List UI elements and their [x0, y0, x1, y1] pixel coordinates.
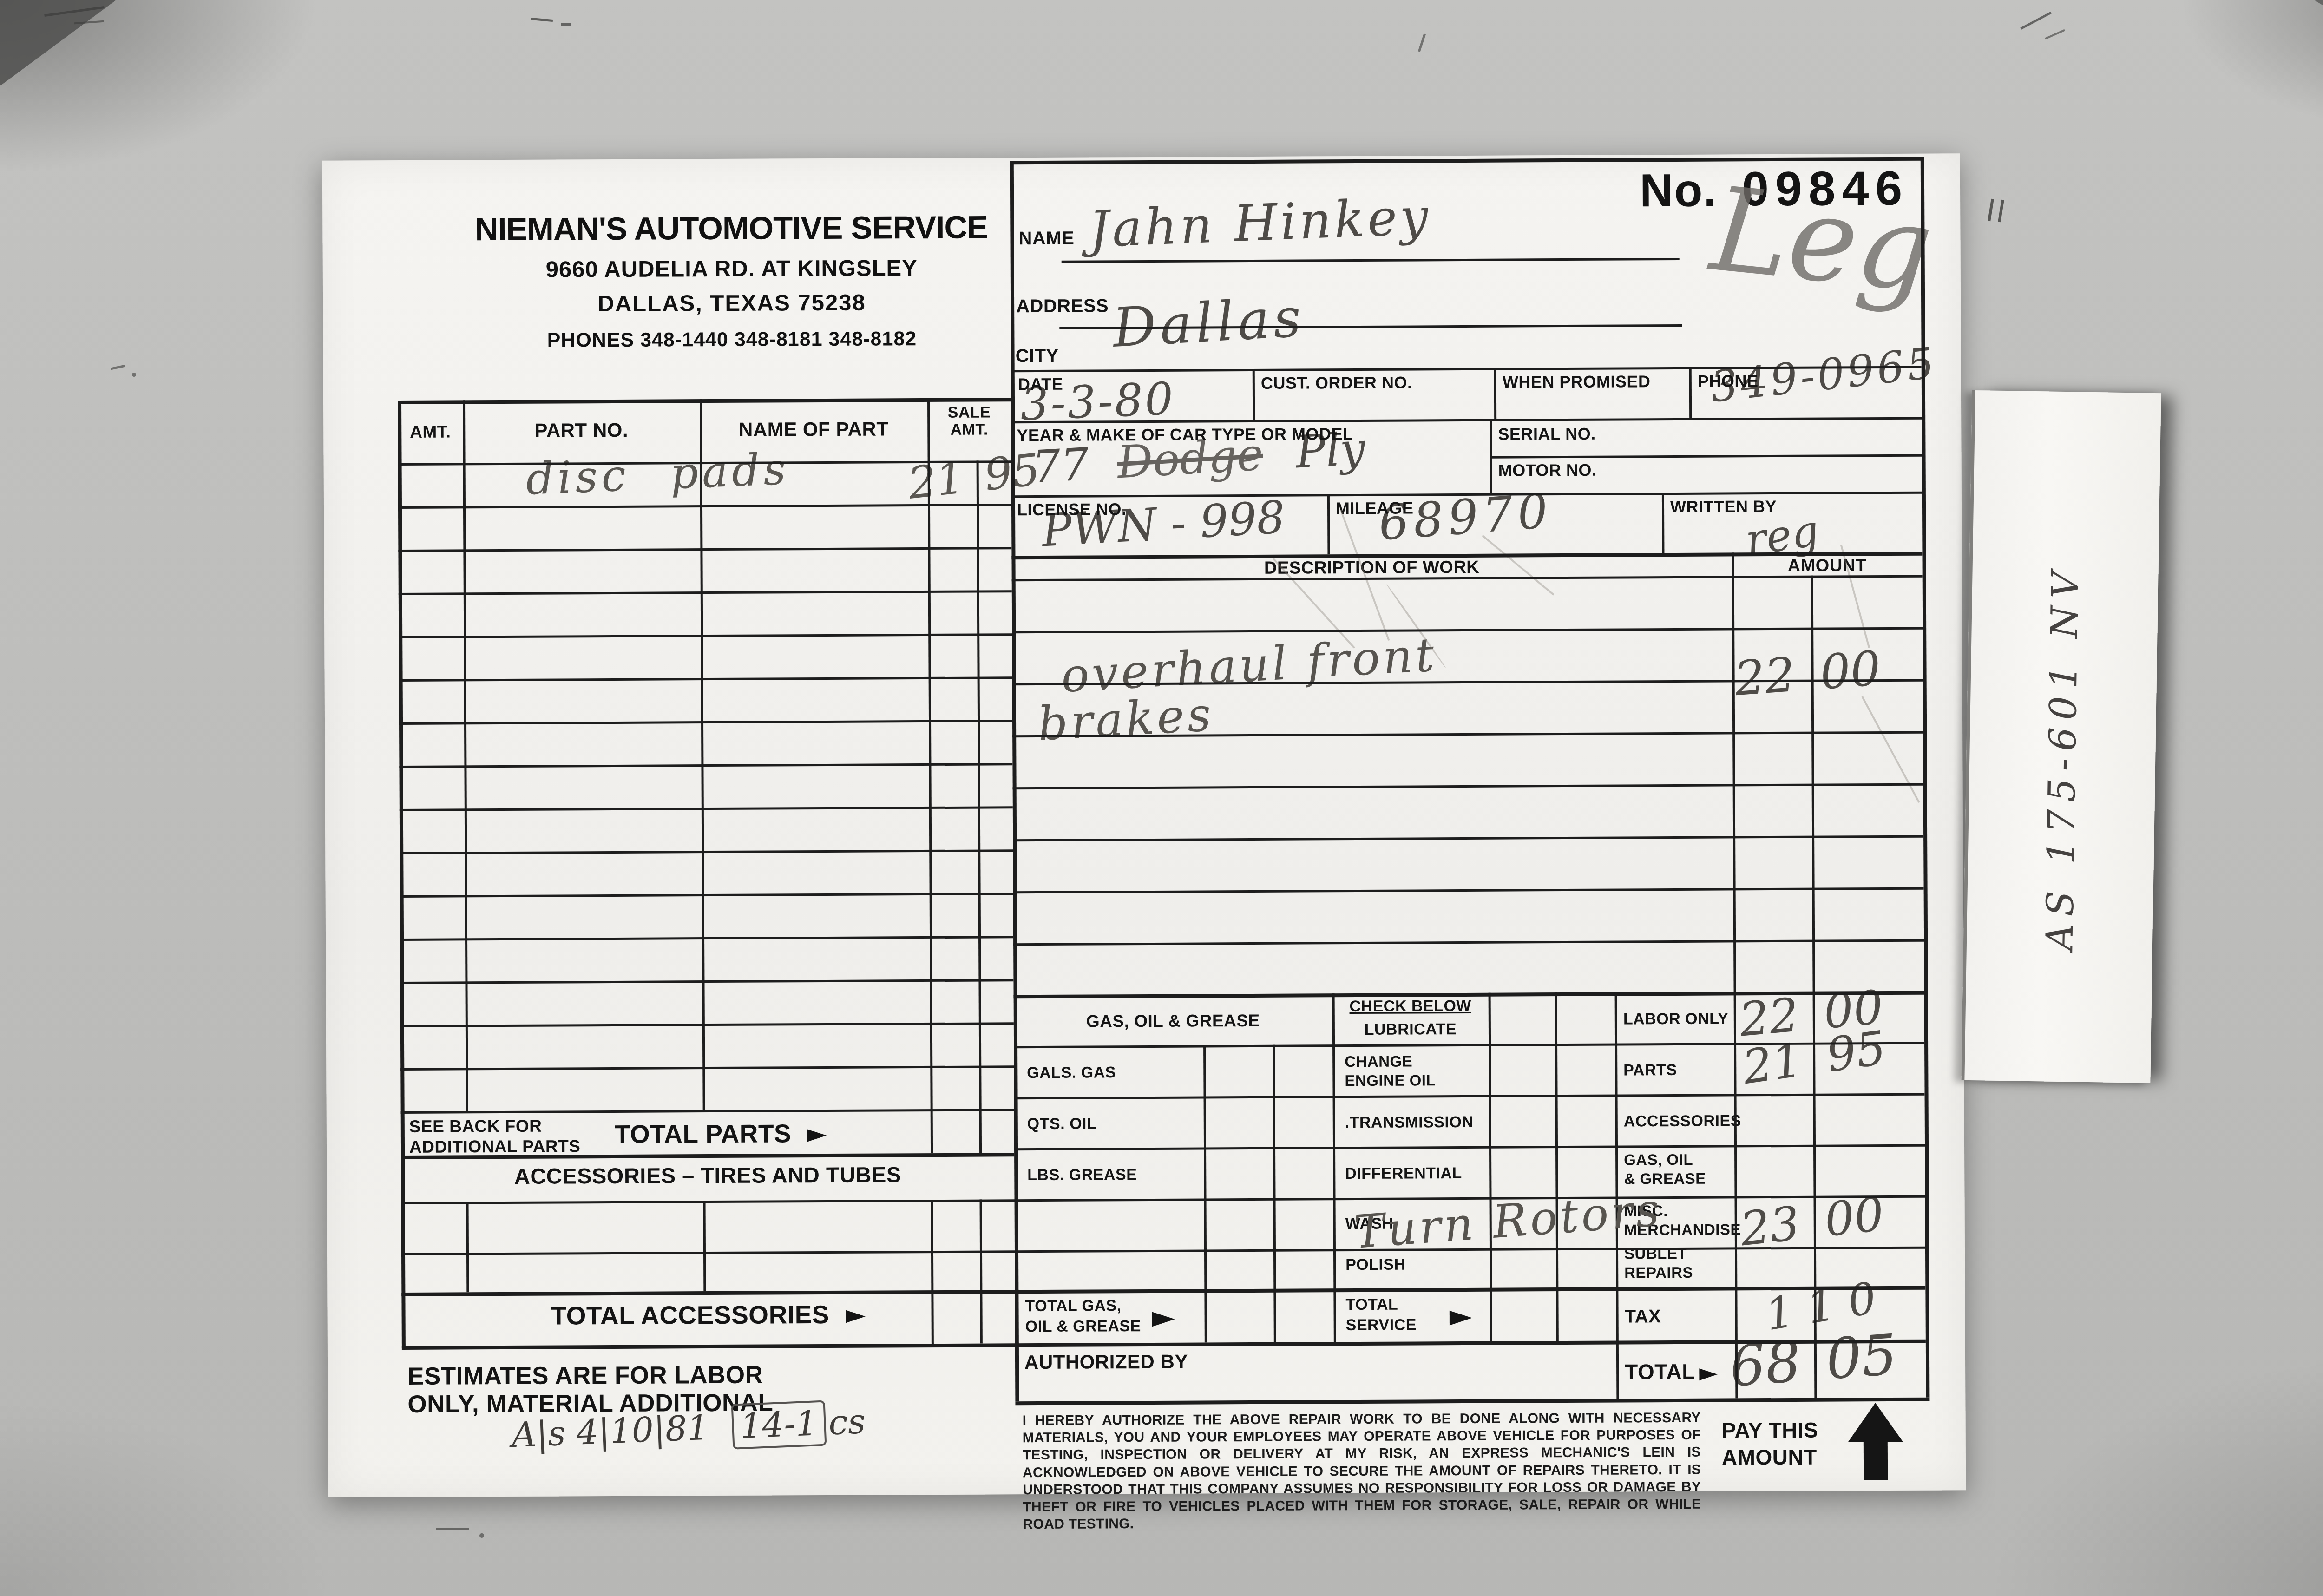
sublet-line1: SUBLET: [1624, 1244, 1693, 1263]
line: [1013, 887, 1924, 894]
total-accessories-text: TOTAL ACCESSORIES: [551, 1300, 829, 1330]
line: [1689, 367, 1692, 418]
line: [1062, 258, 1680, 263]
pay-line2: AMOUNT: [1722, 1444, 1818, 1471]
parts-cents: 95: [1823, 1020, 1890, 1083]
arrow-right-icon: ►: [846, 1300, 866, 1329]
clerk-flourish-handwriting: Leg: [1706, 171, 1937, 309]
line: [400, 1022, 1014, 1027]
total-gas-line1: TOTAL GAS,: [1025, 1295, 1141, 1316]
audit-note-date: A|s 4|10|81: [511, 1408, 709, 1456]
scanner-mark: [2020, 12, 2052, 30]
parts-dollars: 21: [1739, 1032, 1805, 1095]
line: [1014, 1093, 1925, 1100]
line: [401, 1286, 1925, 1296]
audit-note-boxed: 14-1: [731, 1400, 827, 1450]
lubricate-label: LUBRICATE: [1332, 1021, 1489, 1039]
accessories-section-header: ACCESSORIES – TIRES AND TUBES: [401, 1162, 1014, 1189]
cust-order-label: CUST. ORDER NO.: [1261, 373, 1412, 392]
line: [1012, 731, 1923, 738]
written-by-label: WRITTEN BY: [1670, 497, 1777, 516]
company-address: 9660 AUDELIA RD. AT KINGSLEY: [458, 255, 1006, 283]
line: [400, 936, 1013, 941]
line: [399, 763, 1012, 768]
line: [400, 849, 1013, 854]
audit-note-suffix: cs: [828, 1401, 866, 1443]
line: [1013, 835, 1923, 842]
line: [1015, 1398, 1929, 1406]
arrow-right-icon: ►: [807, 1118, 827, 1148]
scanner-mark: [561, 23, 571, 26]
polish-label: POLISH: [1345, 1256, 1406, 1274]
invoice-no-label: No.: [1640, 165, 1718, 217]
total-service-label: TOTAL SERVICE: [1345, 1294, 1417, 1335]
line: [980, 1200, 983, 1344]
check-below-label: CHECK BELOW: [1332, 998, 1489, 1016]
serial-label: SERIAL NO.: [1498, 425, 1596, 444]
qts-oil-label: QTS. OIL: [1027, 1115, 1097, 1133]
line: [1014, 1144, 1925, 1151]
scanner-mark: [1988, 199, 1994, 221]
line: [400, 806, 1013, 811]
line: [399, 676, 1012, 682]
name-of-part-header: NAME OF PART: [700, 418, 927, 440]
name-value-handwriting: Jahn Hinkey: [1089, 191, 1432, 255]
gas-oil-grease-header: GAS, OIL & GREASE: [1014, 1011, 1332, 1031]
scanner-mark: [2045, 29, 2065, 39]
total-cents: 05: [1824, 1323, 1899, 1392]
total-amount-handwriting: 6805: [1728, 1327, 1899, 1395]
line: [466, 1202, 469, 1292]
address-label: ADDRESS: [1016, 296, 1109, 316]
car-type-label: YEAR & MAKE OF CAR TYPE OR MODEL: [1017, 425, 1353, 445]
scanner-mark: [1998, 200, 2004, 222]
city-value-handwriting: Dallas: [1111, 291, 1306, 355]
labor-only-label: LABOR ONLY: [1623, 1011, 1729, 1028]
invoice-paper: NIEMAN'S AUTOMOTIVE SERVICE 9660 AUDELIA…: [322, 153, 1966, 1497]
accessories-total-label: ACCESSORIES: [1624, 1112, 1741, 1130]
scanner-mark: [132, 373, 136, 377]
letterhead: NIEMAN'S AUTOMOTIVE SERVICE 9660 AUDELIA…: [457, 209, 1006, 352]
arrow-right-icon: ►: [1152, 1301, 1175, 1334]
change-line2: ENGINE OIL: [1345, 1071, 1436, 1090]
line: [1490, 419, 1492, 493]
total-parts-text: TOTAL PARTS: [615, 1119, 792, 1149]
grand-total-label: TOTAL: [1625, 1360, 1695, 1384]
line: [1012, 627, 1923, 634]
work-row-lines: [1012, 575, 1924, 998]
see-back-line2: ADDITIONAL PARTS: [409, 1136, 581, 1157]
line: [1203, 1045, 1207, 1342]
arrow-right-icon: ►: [1449, 1300, 1472, 1333]
line: [399, 633, 1012, 638]
scanner-mark: [479, 1533, 484, 1538]
photo-corner-top-right: [2314, 0, 2323, 60]
line: [398, 547, 1011, 552]
line: [400, 893, 1013, 898]
estimates-line1: ESTIMATES ARE FOR LABOR: [407, 1361, 773, 1391]
line: [1662, 493, 1665, 553]
differential-label: DIFFERENTIAL: [1345, 1165, 1462, 1182]
line: [402, 1340, 1926, 1350]
license-label: LICENSE NO.: [1017, 500, 1127, 519]
sublet-line2: REPAIRS: [1624, 1263, 1693, 1282]
pay-line1: PAY THIS: [1722, 1417, 1818, 1444]
see-back-note: SEE BACK FOR ADDITIONAL PARTS: [409, 1116, 581, 1157]
scanned-invoice-photo: NIEMAN'S AUTOMOTIVE SERVICE 9660 AUDELIA…: [0, 0, 2323, 1596]
line: [1253, 369, 1255, 420]
change-engine-oil-label: CHANGE ENGINE OIL: [1345, 1051, 1436, 1090]
line: [398, 398, 1011, 404]
line: [1327, 494, 1330, 554]
total-gas-line2: OIL & GREASE: [1025, 1316, 1141, 1337]
change-line1: CHANGE: [1345, 1051, 1436, 1071]
company-phones: PHONES 348-1440 348-8181 348-8182: [458, 327, 1006, 352]
amount-header: AMOUNT: [1732, 556, 1922, 577]
lbs-grease-label: LBS. GREASE: [1027, 1166, 1137, 1184]
arrow-right-icon: ►: [1699, 1360, 1718, 1386]
line: [398, 504, 1011, 509]
name-label: NAME: [1018, 228, 1074, 249]
total-service-line2: SERVICE: [1346, 1315, 1417, 1336]
archive-label-slip: AS 175-601 NV: [1961, 390, 2161, 1083]
total-parts-label: TOTAL PARTS ►: [615, 1119, 827, 1148]
sale-header-line1: SALE: [927, 404, 1011, 421]
line: [1494, 368, 1496, 419]
sale-amt-header: SALE AMT.: [927, 404, 1011, 439]
line: [401, 1109, 1014, 1114]
gals-gas-label: GALS. GAS: [1027, 1064, 1116, 1082]
line: [1013, 939, 1924, 946]
scanner-mark: [111, 365, 125, 370]
phone-label: PHONE: [1698, 372, 1759, 390]
date-label: DATE: [1018, 375, 1063, 394]
parts-row-lines: [398, 460, 1014, 1114]
line: [931, 1200, 934, 1344]
line: [399, 590, 1012, 595]
misc-amount-handwriting: 2300: [1738, 1191, 1886, 1253]
total-accessories-label: TOTAL ACCESSORIES ►: [401, 1300, 1015, 1330]
line: [703, 1201, 706, 1291]
parts-total-label: PARTS: [1623, 1062, 1677, 1079]
scanner-mark: [531, 18, 553, 22]
archive-label-text: AS 175-601 NV: [2038, 564, 2087, 951]
arrow-up-icon: [1848, 1403, 1903, 1442]
scanner-mark: [1418, 33, 1426, 52]
scanner-mark: [436, 1528, 469, 1530]
line: [401, 1247, 1925, 1255]
line: [400, 1065, 1014, 1071]
mileage-value-handwriting: 68970: [1377, 487, 1554, 547]
part-no-header: PART NO.: [463, 419, 700, 441]
sale-header-line2: AMT.: [927, 421, 1011, 439]
when-promised-label: WHEN PROMISED: [1503, 372, 1651, 391]
line: [1273, 1045, 1276, 1342]
mileage-label: MILEAGE: [1336, 499, 1414, 517]
line: [399, 720, 1012, 725]
transmission-label: .TRANSMISSION: [1345, 1114, 1474, 1132]
gas-total-line1: GAS, OIL: [1624, 1150, 1706, 1169]
line: [1490, 454, 1922, 459]
see-back-line1: SEE BACK FOR: [409, 1116, 581, 1136]
authorized-by-label: AUTHORIZED BY: [1024, 1351, 1188, 1373]
motor-label: MOTOR NO.: [1498, 461, 1597, 480]
amt-header: AMT.: [398, 422, 463, 441]
company-name: NIEMAN'S AUTOMOTIVE SERVICE: [457, 209, 1005, 248]
total-gas-label: TOTAL GAS, OIL & GREASE: [1025, 1295, 1141, 1337]
tax-label: TAX: [1625, 1306, 1661, 1327]
city-label: CITY: [1015, 346, 1058, 366]
arrow-up-icon-stem: [1864, 1440, 1888, 1480]
pay-this-amount-label: PAY THIS AMOUNT: [1722, 1417, 1818, 1471]
total-service-line1: TOTAL: [1345, 1294, 1416, 1315]
line: [1013, 783, 1923, 790]
line: [1012, 679, 1923, 686]
line: [400, 979, 1013, 984]
company-city: DALLAS, TEXAS 75238: [458, 289, 1006, 317]
gas-oil-grease-total-label: GAS, OIL & GREASE: [1624, 1150, 1706, 1189]
authorization-fine-print: I HEREBY AUTHORIZE THE ABOVE REPAIR WORK…: [1023, 1409, 1701, 1533]
